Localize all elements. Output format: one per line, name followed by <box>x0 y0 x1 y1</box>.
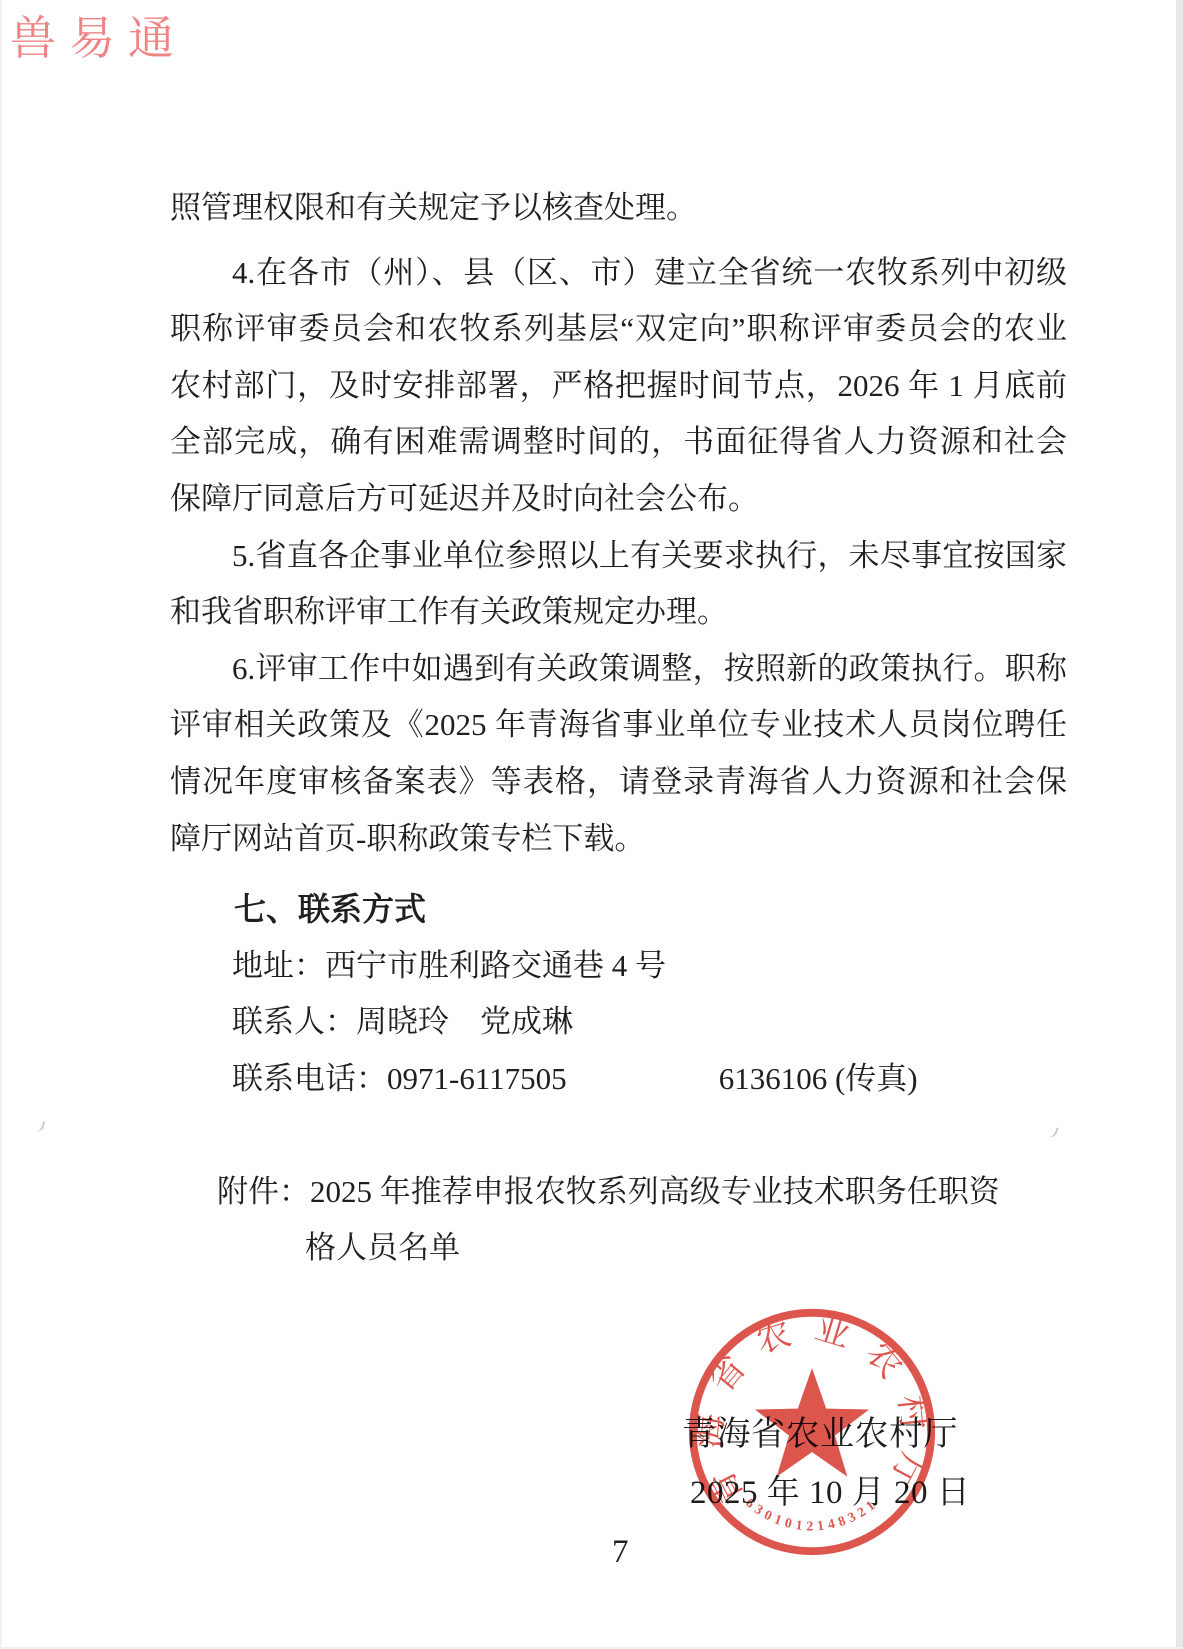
body-line: 6.评审工作中如遇到有关政策调整，按照新的政策执行。职称 <box>170 641 1067 698</box>
body-line: 情况年度审核备案表》等表格，请登录青海省人力资源和社会保 <box>170 754 1067 811</box>
seal-code: 6301012148321 <box>743 1495 881 1533</box>
body-line: 照管理权限和有关规定予以核查处理。 <box>170 180 1067 237</box>
scanned-document-page: 兽易通 照管理权限和有关规定予以核查处理。 4.在各市（州）、县（区、市）建立全… <box>0 0 1183 1649</box>
body-line: 5.省直各企事业单位参照以上有关要求执行，未尽事宜按国家 <box>170 528 1067 585</box>
body-line: 保障厅同意后方可延迟并及时向社会公布。 <box>170 471 1067 528</box>
contact-address: 地址：西宁市胜利路交通巷 4 号 <box>170 938 1067 995</box>
attachment-line: 格人员名单 <box>170 1220 1067 1277</box>
scan-speck <box>32 1119 46 1133</box>
body-line: 和我省职称评审工作有关政策规定办理。 <box>170 584 1067 641</box>
scan-edge <box>0 0 2 1649</box>
scan-edge <box>1176 0 1183 1649</box>
body-line: 农村部门，及时安排部署，严格把握时间节点，2026 年 1 月底前 <box>170 358 1067 415</box>
official-seal: 青海省农业农村厅 6301012148321 <box>684 1304 940 1560</box>
contact-phone-line: 联系电话：0971-61175056136106 (传真) <box>170 1051 1067 1108</box>
attachment-line: 附件：2025 年推荐申报农牧系列高级专业技术职务任职资 <box>170 1164 1067 1221</box>
watermark: 兽易通 <box>10 2 187 68</box>
contact-fax: 6136106 (传真) <box>657 1051 918 1108</box>
attachment-note: 附件：2025 年推荐申报农牧系列高级专业技术职务任职资 格人员名单 <box>170 1164 1067 1277</box>
body-line: 职称评审委员会和农牧系列基层“双定向”职称评审委员会的农业 <box>170 301 1067 358</box>
body-line: 全部完成，确有困难需调整时间的，书面征得省人力资源和社会 <box>170 414 1067 471</box>
svg-text:6301012148321: 6301012148321 <box>743 1495 881 1533</box>
body-line: 障厅网站首页-职称政策专栏下载。 <box>170 811 1067 868</box>
section-heading: 七、联系方式 <box>170 881 1067 938</box>
page-number: 7 <box>612 1534 629 1571</box>
document-body: 照管理权限和有关规定予以核查处理。 4.在各市（州）、县（区、市）建立全省统一农… <box>170 180 1067 1277</box>
contact-person: 联系人：周晓玲 党成琳 <box>170 994 1067 1051</box>
body-line: 4.在各市（州）、县（区、市）建立全省统一农牧系列中初级 <box>170 245 1067 302</box>
star-icon <box>755 1368 869 1477</box>
body-line: 评审相关政策及《2025 年青海省事业单位专业技术人员岗位聘任 <box>170 697 1067 754</box>
contact-phone: 联系电话：0971-6117505 <box>232 1061 567 1096</box>
